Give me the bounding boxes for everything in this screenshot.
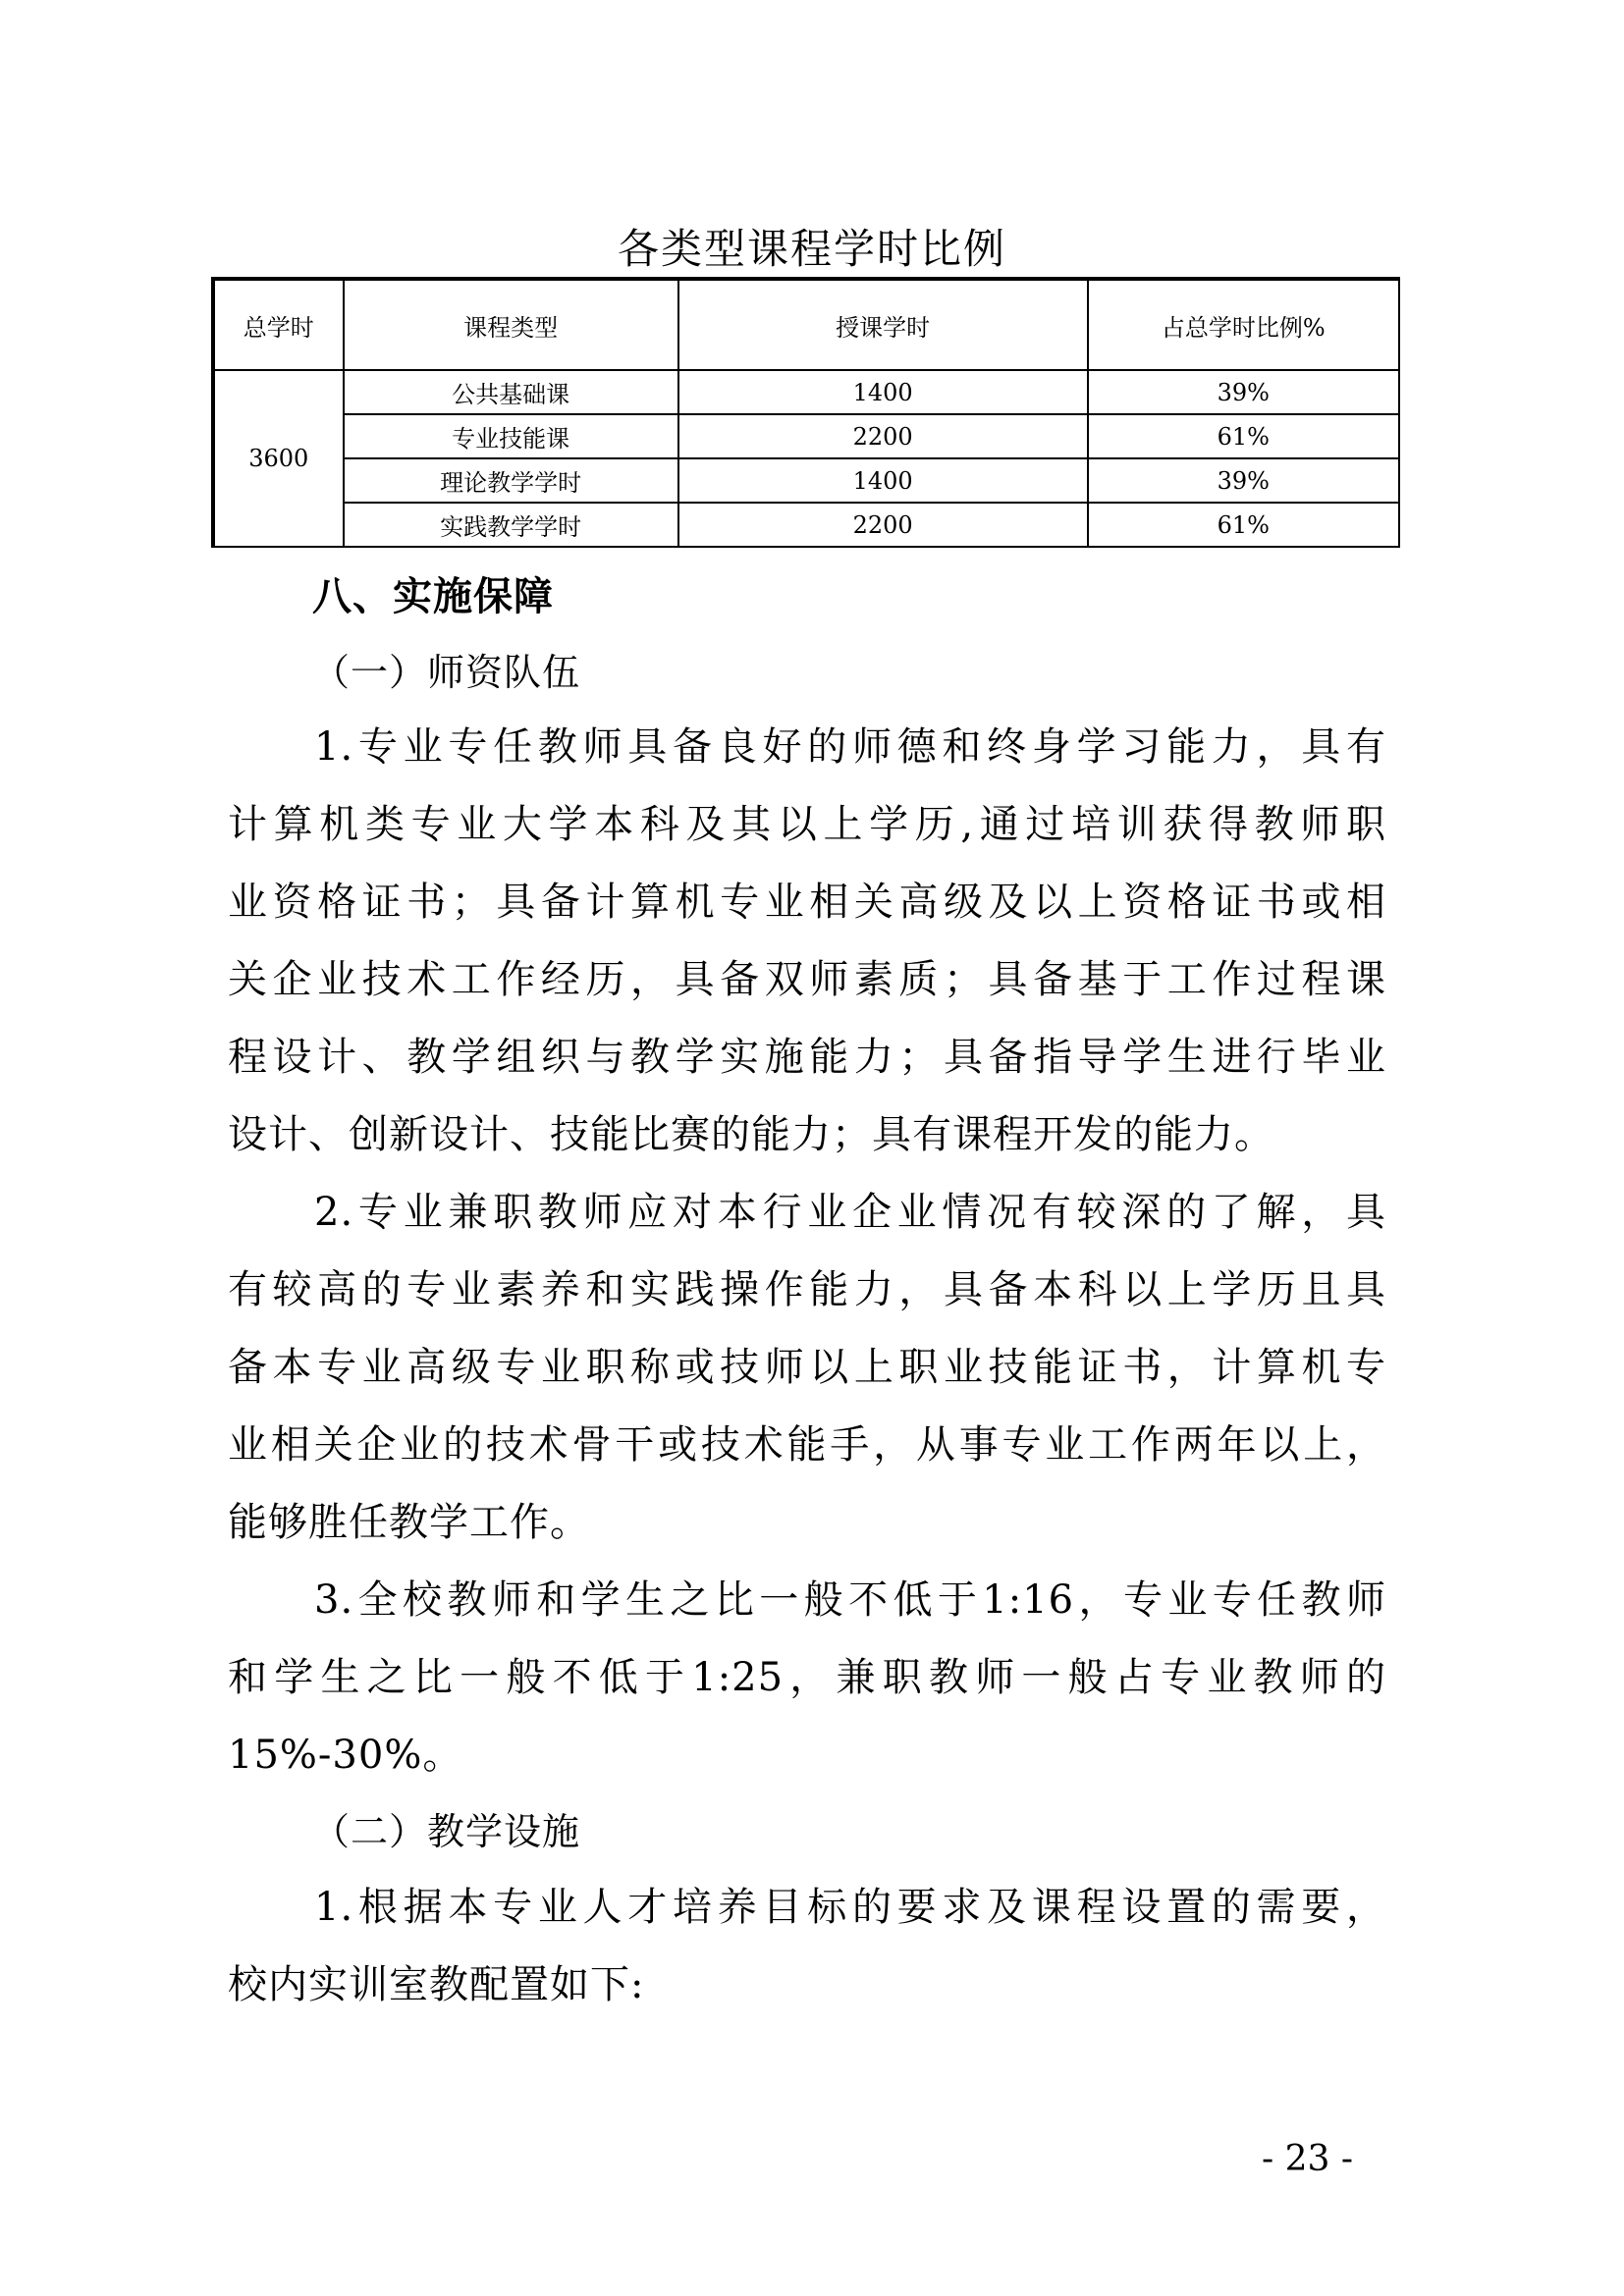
paragraph-line: 关企业技术工作经历，具备双师素质；具备基于工作过程课	[228, 952, 1386, 1007]
table-header-row: 总学时 课程类型 授课学时 占总学时比例%	[213, 279, 1399, 370]
section-heading: 八、实施保障	[312, 569, 554, 624]
paragraph-line: 业资格证书；具备计算机专业相关高级及以上资格证书或相	[228, 875, 1386, 930]
paragraph-line: 业相关企业的技术骨干或技术能手，从事专业工作两年以上，	[228, 1417, 1386, 1472]
ratio-cell: 61%	[1088, 414, 1399, 458]
course-type-cell: 公共基础课	[344, 370, 678, 414]
course-type-cell: 理论教学学时	[344, 458, 678, 503]
ratio-cell: 39%	[1088, 370, 1399, 414]
paragraph-line: 2.专业兼职教师应对本行业企业情况有较深的了解，具	[314, 1185, 1386, 1240]
paragraph-line: 1.专业专任教师具备良好的师德和终身学习能力，具有	[314, 720, 1386, 774]
header-total-hours: 总学时	[213, 279, 344, 370]
table-row: 3600 公共基础课 1400 39%	[213, 370, 1399, 414]
paragraph-line: 备本专业高级专业职称或技师以上职业技能证书，计算机专	[228, 1340, 1386, 1395]
paragraph-line: 有较高的专业素养和实践操作能力，具备本科以上学历且具	[228, 1262, 1386, 1317]
course-hours-ratio-table: 总学时 课程类型 授课学时 占总学时比例% 3600 公共基础课 1400 39…	[211, 277, 1400, 548]
subsection-heading-faculty: （一）师资队伍	[312, 645, 580, 700]
paragraph-line: 能够胜任教学工作。	[228, 1495, 1386, 1550]
total-hours-cell: 3600	[213, 370, 344, 547]
table-row: 专业技能课 2200 61%	[213, 414, 1399, 458]
course-type-cell: 专业技能课	[344, 414, 678, 458]
ratio-cell: 61%	[1088, 503, 1399, 547]
table-row: 实践教学学时 2200 61%	[213, 503, 1399, 547]
paragraph-line: 和学生之比一般不低于1:25，兼职教师一般占专业教师的	[228, 1650, 1386, 1705]
ratio-cell: 39%	[1088, 458, 1399, 503]
header-course-type: 课程类型	[344, 279, 678, 370]
subsection-heading-facilities: （二）教学设施	[312, 1804, 580, 1859]
paragraph-line: 校内实训室教配置如下:	[228, 1957, 1386, 2012]
page-number: - 23 -	[1262, 2140, 1353, 2179]
hours-cell: 1400	[678, 370, 1088, 414]
header-ratio: 占总学时比例%	[1088, 279, 1399, 370]
hours-cell: 2200	[678, 414, 1088, 458]
paragraph-line: 1.根据本专业人才培养目标的要求及课程设置的需要，	[314, 1880, 1386, 1935]
paragraph-line: 设计、创新设计、技能比赛的能力；具有课程开发的能力。	[228, 1107, 1386, 1162]
paragraph-line: 3.全校教师和学生之比一般不低于1:16，专业专任教师	[314, 1573, 1386, 1628]
paragraph-line: 计算机类专业大学本科及其以上学历,通过培训获得教师职	[228, 797, 1386, 852]
table-title: 各类型课程学时比例	[0, 222, 1624, 277]
paragraph-line: 15%-30%。	[228, 1728, 1386, 1783]
hours-cell: 2200	[678, 503, 1088, 547]
course-type-cell: 实践教学学时	[344, 503, 678, 547]
paragraph-line: 程设计、教学组织与教学实施能力；具备指导学生进行毕业	[228, 1030, 1386, 1085]
hours-cell: 1400	[678, 458, 1088, 503]
header-teaching-hours: 授课学时	[678, 279, 1088, 370]
table-row: 理论教学学时 1400 39%	[213, 458, 1399, 503]
